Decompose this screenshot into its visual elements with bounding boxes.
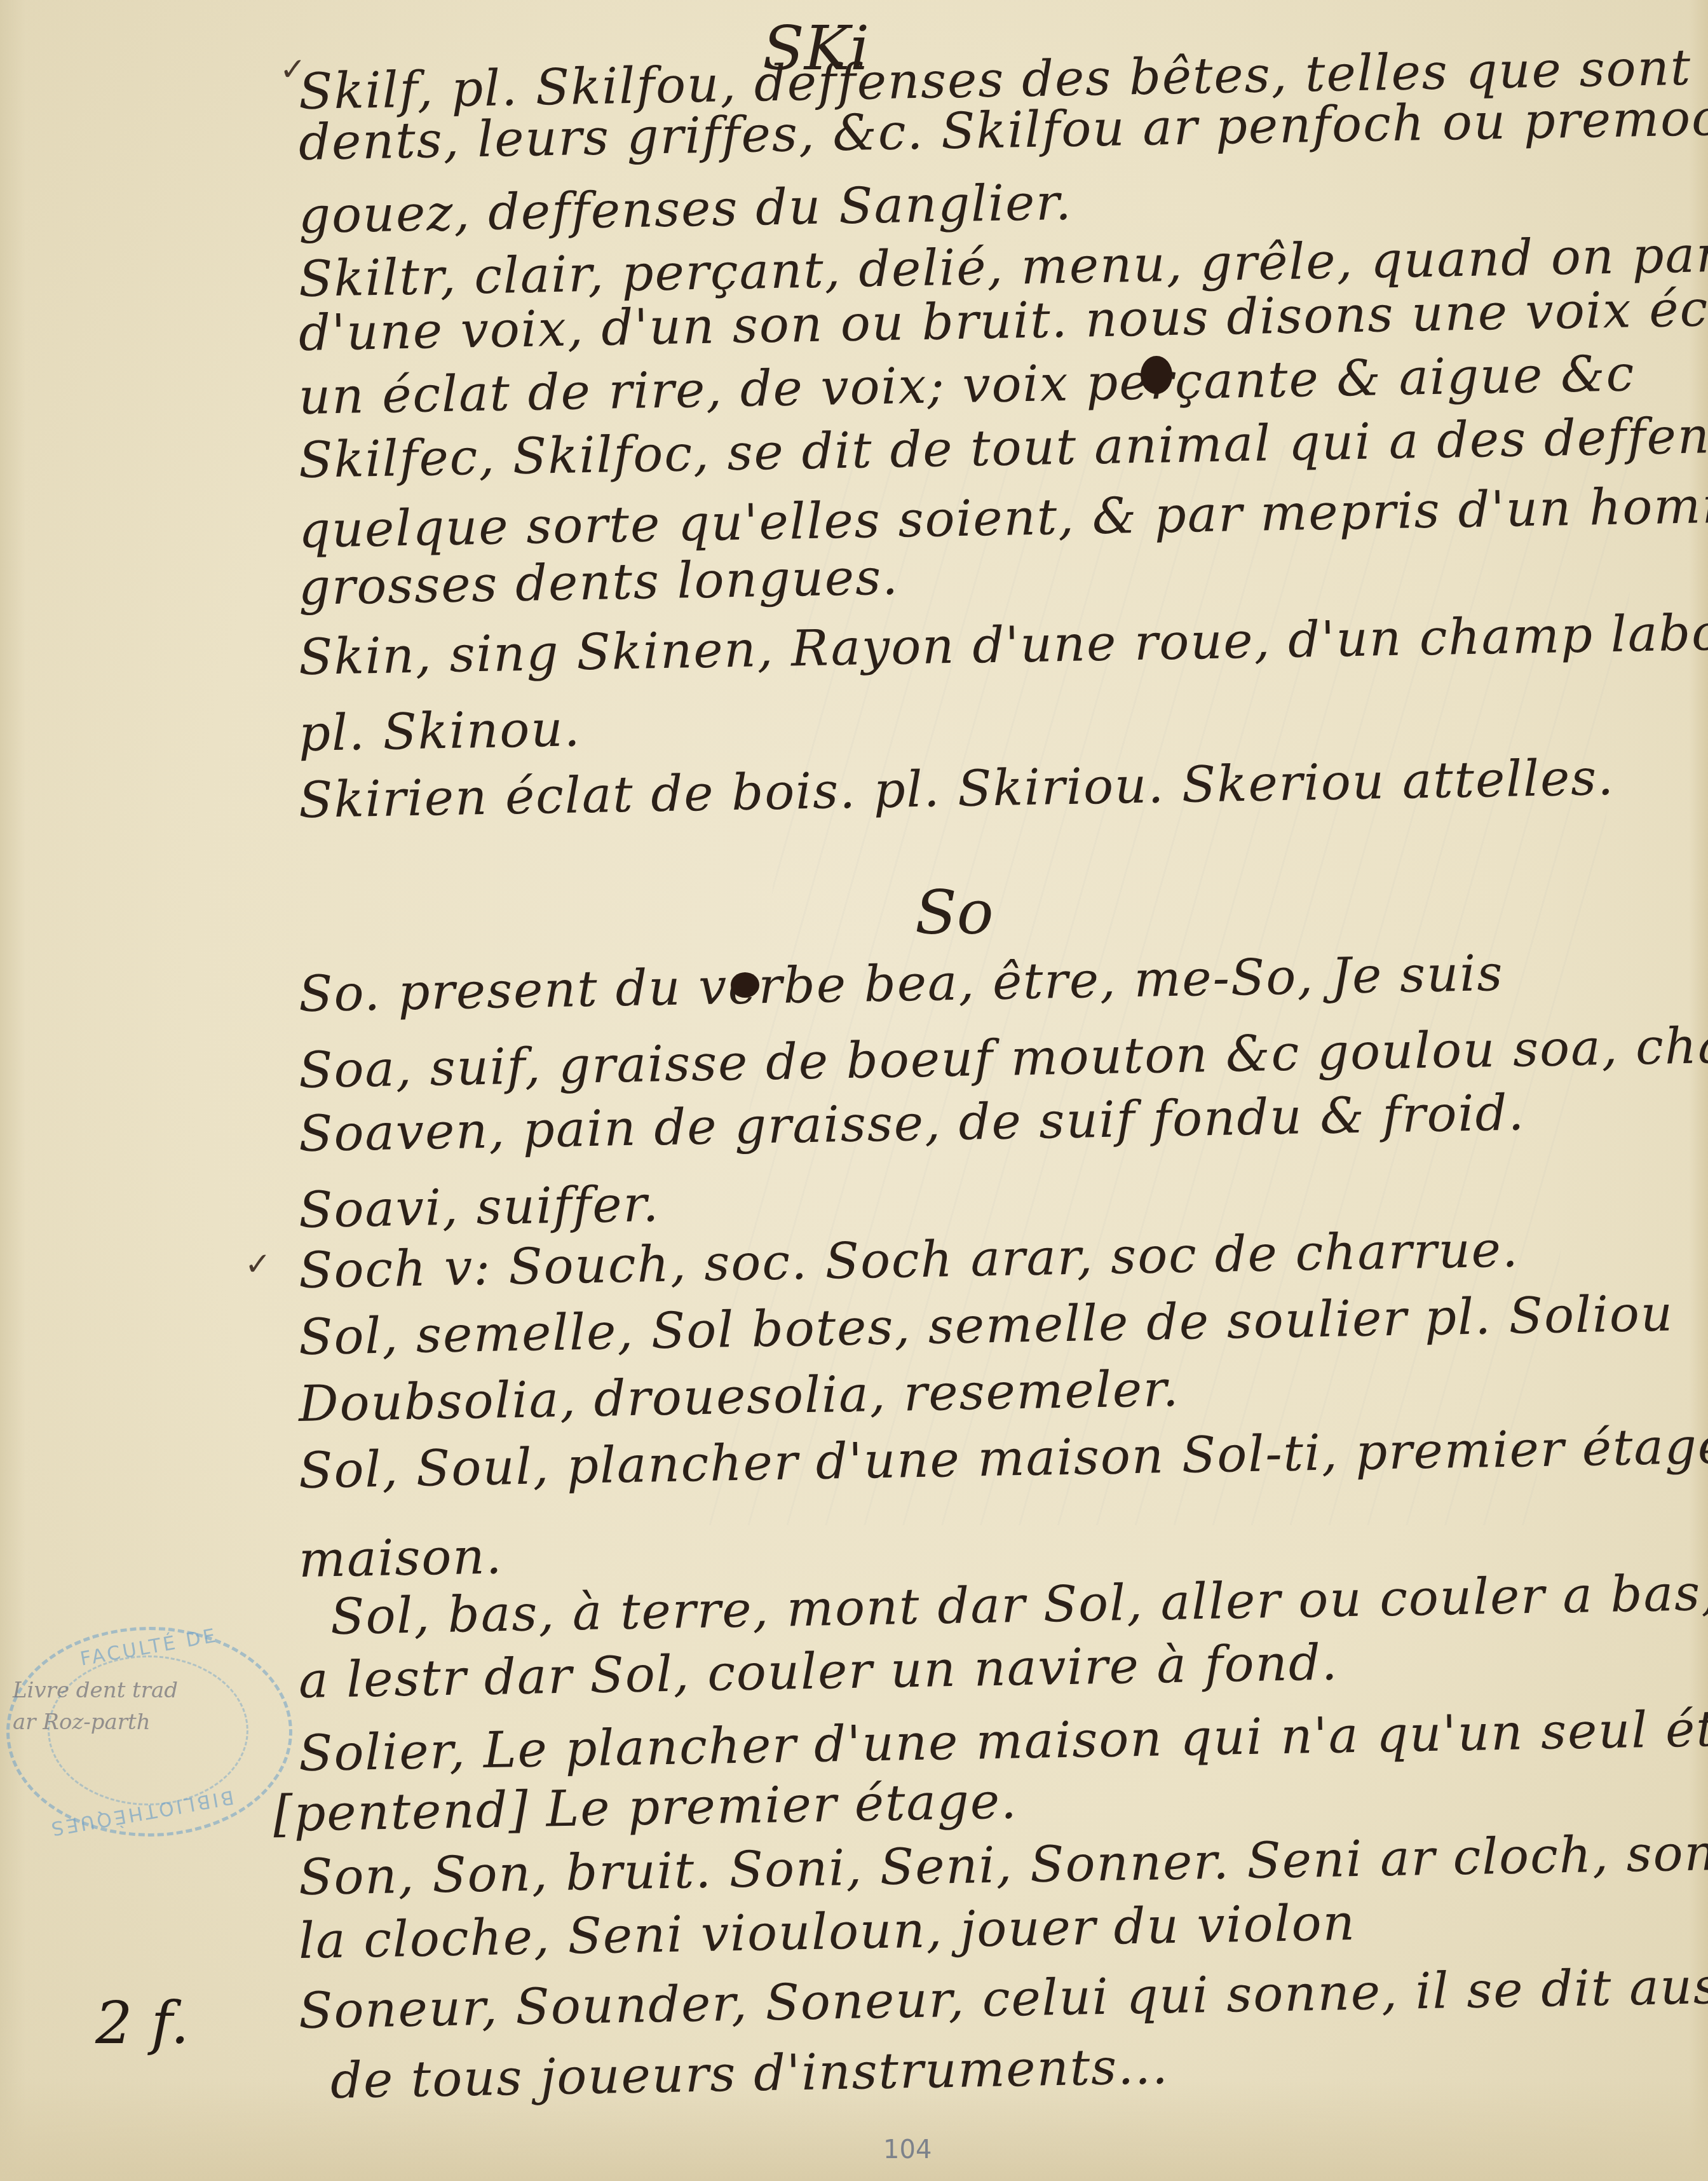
entry-line: Soneur, Sounder, Soneur, celui qui sonne… [298, 1957, 1708, 2040]
entry-line: grosses dents longues. [298, 549, 899, 616]
pencil-note: Livre dent trad [13, 1678, 178, 1703]
entry-line: Solier, Le plancher d'une maison qui n'a… [298, 1699, 1708, 1783]
folio-mark: 2 f. [95, 1989, 189, 2057]
entry-line: maison. [298, 1528, 503, 1589]
section-heading-so: So [915, 877, 994, 948]
ink-blot [731, 972, 759, 998]
entry-line: pl. Skinou. [298, 700, 581, 763]
check-mark-icon: ✓ [245, 1246, 271, 1282]
page-number: 104 [883, 2135, 932, 2164]
entry-line: la cloche, Seni viouloun, jouer du violo… [298, 1894, 1356, 1970]
entry-line: Soavi, suiffer. [298, 1176, 660, 1239]
ink-blot [1141, 356, 1172, 394]
page-left-shadow [0, 0, 25, 2181]
entry-line: [pentend] Le premier étage. [273, 1773, 1018, 1843]
entry-line: gouez, deffenses du Sanglier. [298, 174, 1073, 245]
pencil-note: ar Roz-parth [13, 1709, 151, 1735]
manuscript-page: ✓ ✓ SKi Skilf, pl. Skilfou, deffenses de… [0, 0, 1708, 2181]
entry-line: a lestr dar Sol, couler un navire à fond… [298, 1634, 1339, 1709]
entry-line: Sol, bas, à terre, mont dar Sol, aller o… [330, 1562, 1708, 1646]
